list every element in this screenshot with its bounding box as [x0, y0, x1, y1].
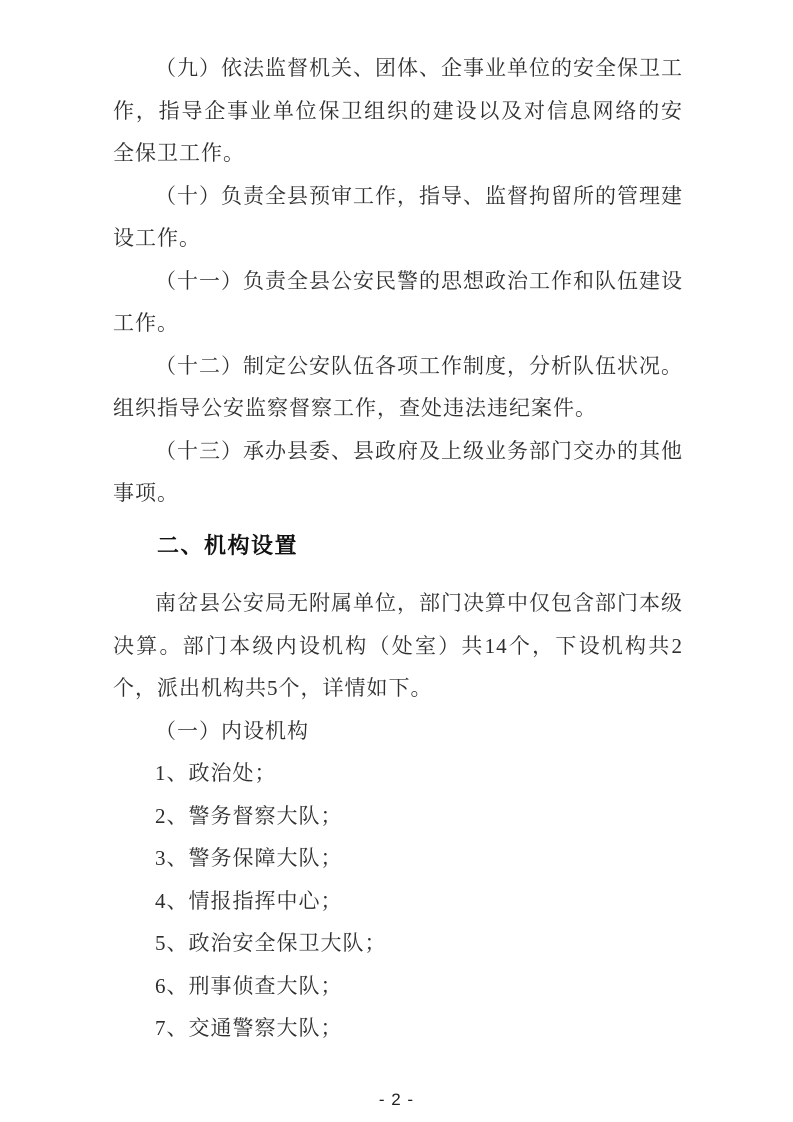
duty-paragraph: （十三）承办县委、县政府及上级业务部门交办的其他事项。 [113, 430, 683, 515]
org-list-item: 2、警务督察大队； [113, 795, 683, 838]
duty-paragraph: （十二）制定公安队伍各项工作制度，分析队伍状况。组织指导公安监察督察工作，查处违… [113, 345, 683, 430]
document-page: （九）依法监督机关、团体、企事业单位的安全保卫工作，指导企事业单位保卫组织的建设… [0, 0, 793, 1122]
subsection-heading: （一）内设机构 [113, 710, 683, 753]
org-intro-paragraph: 南岔县公安局无附属单位，部门决算中仅包含部门本级决算。部门本级内设机构（处室）共… [113, 582, 683, 710]
org-list-item: 1、政治处； [113, 752, 683, 795]
duty-paragraph: （十一）负责全县公安民警的思想政治工作和队伍建设工作。 [113, 260, 683, 345]
section-heading: 二、机构设置 [113, 525, 683, 568]
org-list-item: 4、情报指挥中心； [113, 880, 683, 923]
org-list-item: 5、政治安全保卫大队； [113, 922, 683, 965]
org-list-item: 3、警务保障大队； [113, 837, 683, 880]
duty-paragraph: （十）负责全县预审工作，指导、监督拘留所的管理建设工作。 [113, 175, 683, 260]
duty-paragraph: （九）依法监督机关、团体、企事业单位的安全保卫工作，指导企事业单位保卫组织的建设… [113, 47, 683, 175]
org-list-item: 7、交通警察大队； [113, 1007, 683, 1050]
page-number: - 2 - [0, 1090, 793, 1110]
org-list-item: 6、刑事侦查大队； [113, 965, 683, 1008]
